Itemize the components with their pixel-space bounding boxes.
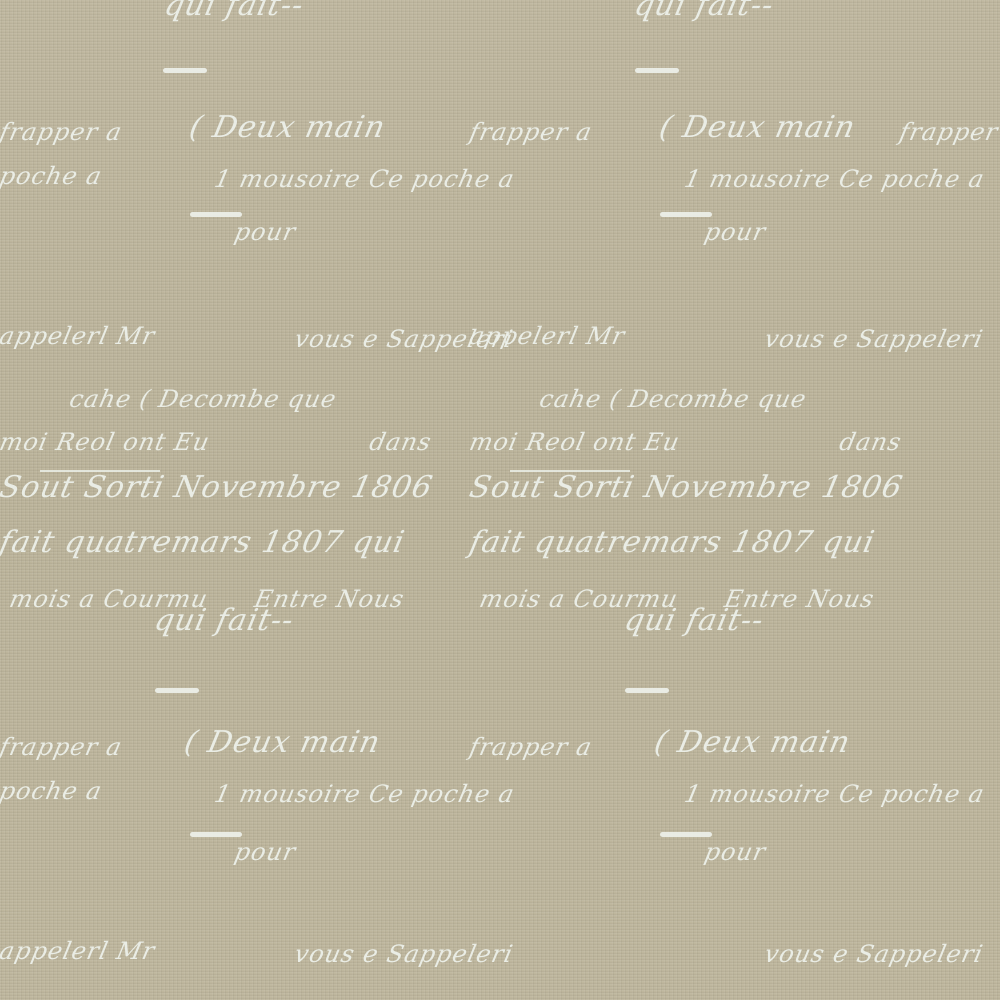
linen-script-pattern: qui fait-- frapper a ( Deux main poche a… [0,0,1000,1000]
script-text: qui fait-- [631,0,777,23]
script-text: frapper a [467,118,595,146]
script-text: vous e Sappeleri [762,940,986,968]
script-text: 1 mousoire Ce poche a [212,165,517,193]
script-text: frapper a [0,733,125,761]
underline-stroke [660,212,712,217]
script-text: dans [367,428,434,456]
underline-stroke [635,68,679,73]
script-text: vous e Sappeleri [292,940,516,968]
script-text: cahe ( Decombe que [537,385,809,413]
script-text: poche a [0,777,105,805]
script-text: Sout Sorti Novembre 1806 [0,470,436,505]
script-text: cahe ( Decombe que [67,385,339,413]
script-text: moi Reol ont Eu [467,428,683,456]
underline-stroke [190,832,242,837]
script-text: appelerl Mr [0,937,158,965]
script-text: qui fait-- [161,0,307,23]
script-text: frapper a [467,733,595,761]
script-text: fait quatremars 1807 qui [466,525,878,560]
script-text: frapper a [0,118,125,146]
script-text: 1 mousoire Ce poche a [682,165,987,193]
script-text: Sout Sorti Novembre 1806 [466,470,906,505]
script-text: vous e Sappeleri [762,325,986,353]
underline-stroke [190,212,242,217]
script-text: appelerl Mr [467,322,628,350]
script-text: appelerl Mr [0,322,158,350]
script-text: pour [702,218,769,246]
script-text: ( Deux main [651,725,854,760]
script-text: 1 mousoire Ce poche a [212,780,517,808]
script-text: moi Reol ont Eu [0,428,213,456]
script-text: ( Deux main [656,110,859,145]
script-text: ( Deux main [186,110,389,145]
script-text: dans [837,428,904,456]
script-text: 1 mousoire Ce poche a [682,780,987,808]
script-text: qui fait-- [621,603,767,638]
script-text: pour [232,838,299,866]
script-text: ( Deux main [181,725,384,760]
script-text: pour [232,218,299,246]
script-text: frapper a [897,118,1000,146]
script-text: fait quatremars 1807 qui [0,525,408,560]
script-text: poche a [0,162,105,190]
underline-stroke [155,688,199,693]
script-text: qui fait-- [151,603,297,638]
script-text: pour [702,838,769,866]
underline-stroke [163,68,207,73]
underline-stroke [625,688,669,693]
underline-stroke [660,832,712,837]
